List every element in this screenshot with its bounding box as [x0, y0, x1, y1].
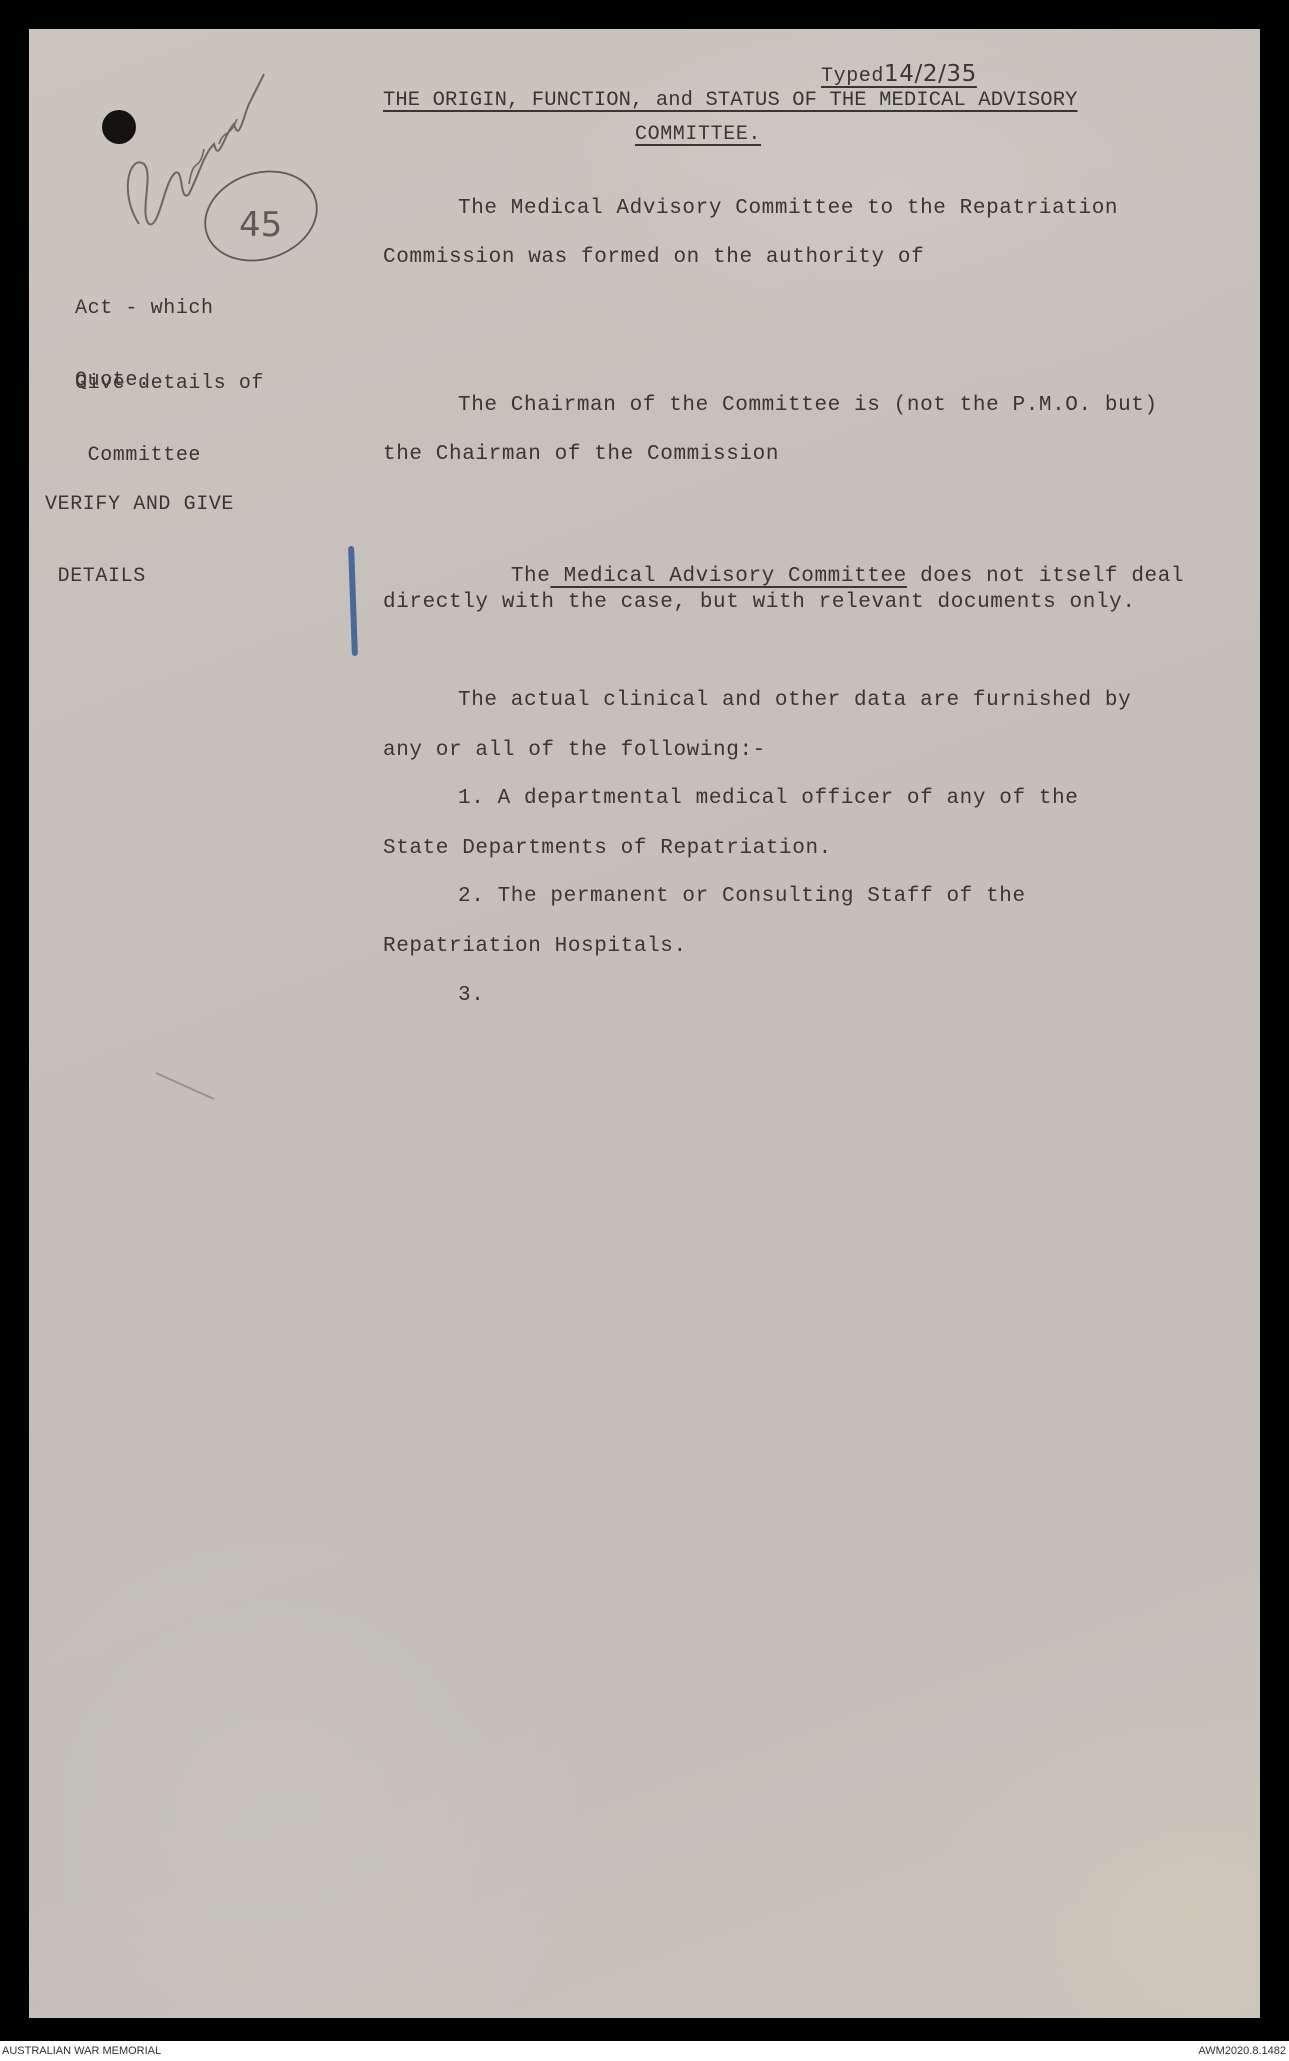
paragraph-text: The	[511, 565, 551, 588]
list-item-2-line2: Repatriation Hospitals.	[383, 935, 687, 958]
document-title-line2: COMMITTEE.	[635, 123, 761, 146]
footer-accession-number: AWM2020.8.1482	[1198, 2045, 1286, 2057]
paragraph-2-line1: The Chairman of the Committee is (not th…	[458, 394, 1158, 417]
typed-label: Typed	[821, 65, 884, 88]
footer-institution: AUSTRALIAN WAR MEMORIAL	[2, 2045, 161, 2057]
margin-note-line: VERIFY AND GIVE	[45, 493, 234, 517]
paragraph-text: does not itself deal	[907, 565, 1184, 588]
paragraph-4-line2: any or all of the following:-	[383, 739, 766, 762]
paragraph-2-line2: the Chairman of the Commission	[383, 443, 779, 466]
list-item-1-line1: 1. A departmental medical officer of any…	[458, 787, 1079, 810]
document-page: 45 Typed14/2/35 THE ORIGIN, FUNCTION, an…	[29, 29, 1260, 2018]
paragraph-3-line2: directly with the case, but with relevan…	[383, 591, 1136, 614]
blue-pencil-margin-mark	[348, 546, 358, 656]
svg-text:45: 45	[239, 205, 282, 245]
list-item-3: 3.	[458, 984, 484, 1007]
margin-note-verify: VERIFY AND GIVE DETAILS	[45, 445, 234, 637]
margin-note-line: Give details of	[75, 372, 264, 396]
paragraph-4-line1: The actual clinical and other data are f…	[458, 689, 1131, 712]
document-title-line1: THE ORIGIN, FUNCTION, and STATUS OF THE …	[383, 89, 1078, 112]
paragraph-1-line2: Commission was formed on the authority o…	[383, 246, 924, 269]
typed-date-value: 14/2/35	[884, 61, 977, 87]
typed-date: Typed14/2/35	[821, 61, 977, 88]
circled-number-icon: 45	[199, 164, 349, 264]
paragraph-1-line1: The Medical Advisory Committee to the Re…	[458, 197, 1118, 220]
margin-note-line: DETAILS	[45, 565, 234, 589]
footer-bar: AUSTRALIAN WAR MEMORIAL AWM2020.8.1482	[0, 2041, 1289, 2061]
pencil-smudge-icon	[154, 1069, 234, 1109]
list-item-2-line1: 2. The permanent or Consulting Staff of …	[458, 885, 1026, 908]
margin-note-line: Act - which	[75, 297, 214, 321]
list-item-1-line2: State Departments of Repatriation.	[383, 837, 832, 860]
underlined-phrase: Medical Advisory Committee	[550, 565, 906, 588]
